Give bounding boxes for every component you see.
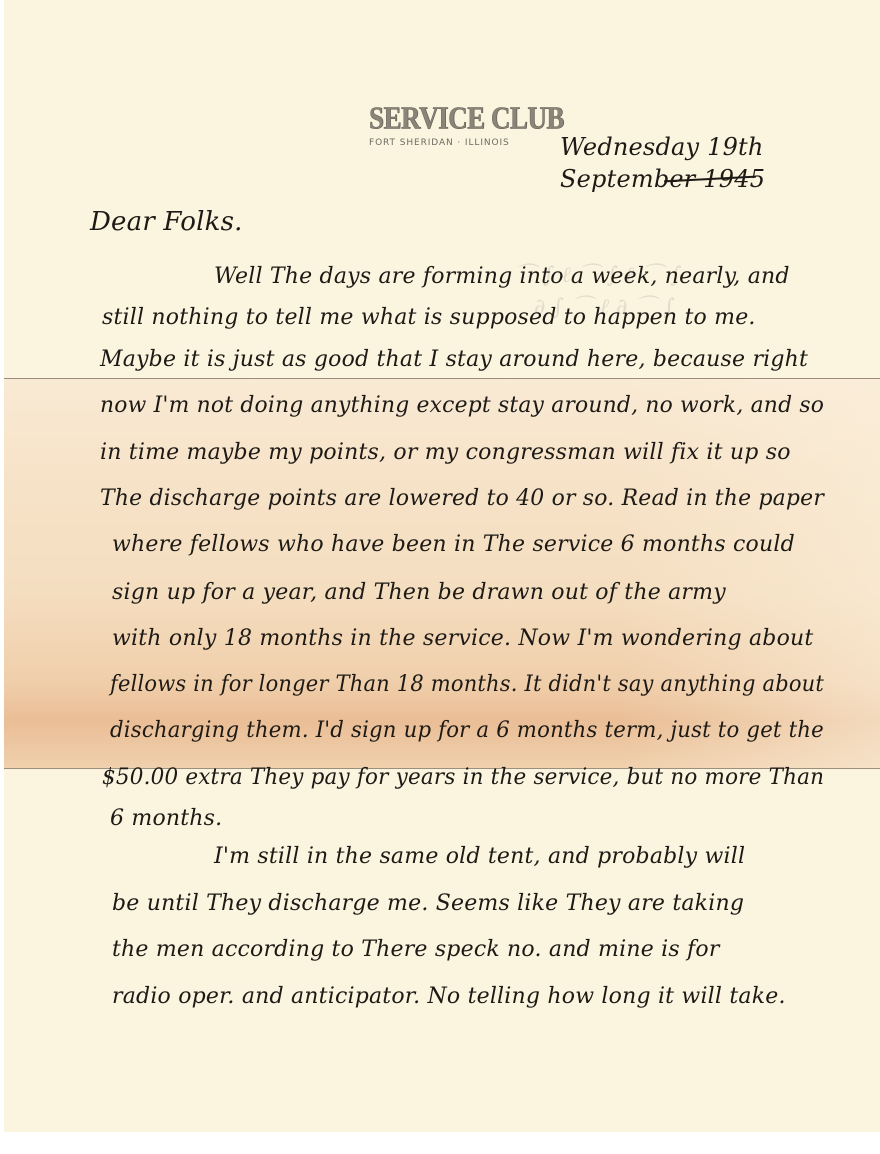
letter-line: $50.00 extra They pay for years in the s… xyxy=(102,765,824,790)
letter-line: The discharge points are lowered to 40 o… xyxy=(100,486,824,511)
letter-line: fellows in for longer Than 18 months. It… xyxy=(110,672,824,697)
letter-line: the men according to There speck no. and… xyxy=(112,937,720,962)
letter-line: be until They discharge me. Seems like T… xyxy=(112,891,744,916)
letter-line: still nothing to tell me what is suppose… xyxy=(102,305,756,330)
letter-line: in time maybe my points, or my congressm… xyxy=(100,440,791,465)
letter-page: ⌒ ∫ ℓ ⌒ ∫ ℓ ⌒ ∫ ∂ ∫ ⌒ ℓ ∂ ⌒ ∫ SERVICE CL… xyxy=(4,0,880,1132)
letter-line: where fellows who have been in The servi… xyxy=(112,532,795,557)
letter-line: Well The days are forming into a week, n… xyxy=(214,264,790,289)
letter-line: now I'm not doing anything except stay a… xyxy=(100,393,824,418)
letter-line: discharging them. I'd sign up for a 6 mo… xyxy=(110,718,824,743)
date-weekday: Wednesday 19th xyxy=(560,133,764,161)
letter-line: I'm still in the same old tent, and prob… xyxy=(214,844,745,869)
fold-line-upper xyxy=(4,378,880,379)
letterhead-title: SERVICE CLUB xyxy=(369,100,529,135)
salutation: Dear Folks. xyxy=(90,207,243,237)
letter-line: sign up for a year, and Then be drawn ou… xyxy=(112,580,726,605)
stain-fade xyxy=(620,378,880,768)
letter-line: Maybe it is just as good that I stay aro… xyxy=(100,347,808,372)
letter-line: with only 18 months in the service. Now … xyxy=(112,626,813,651)
letterhead-location: FORT SHERIDAN · ILLINOIS xyxy=(369,138,529,148)
date-month-year: September 1945 xyxy=(560,165,765,193)
letter-line: 6 months. xyxy=(110,806,222,831)
letter-line: radio oper. and anticipator. No telling … xyxy=(112,984,786,1009)
letterhead: SERVICE CLUB FORT SHERIDAN · ILLINOIS xyxy=(369,100,529,148)
